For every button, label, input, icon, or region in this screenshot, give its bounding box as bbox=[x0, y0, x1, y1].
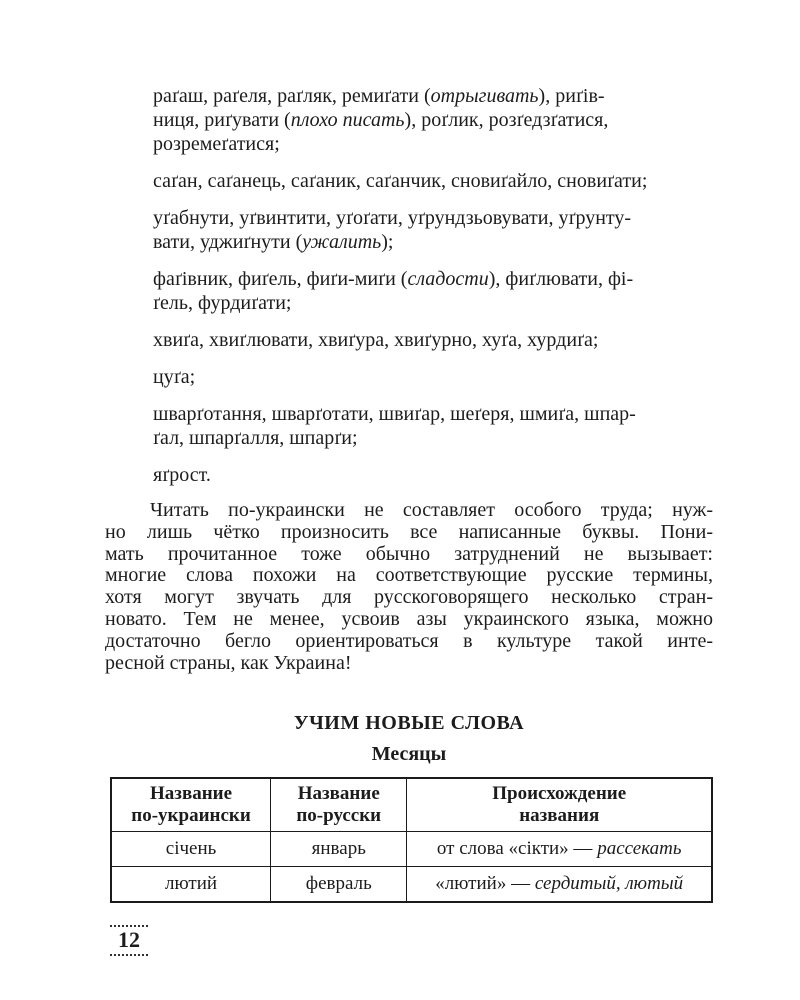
text-run: ґал, шпарґалля, шпарґи; bbox=[153, 427, 358, 449]
text-run: саґан, саґанець, саґаник, саґанчик, снов… bbox=[153, 170, 647, 192]
book-page: раґаш, раґеля, раґляк, ремиґати (отрыгив… bbox=[0, 0, 800, 1000]
prose-line: ресной страны, как Украина! bbox=[105, 653, 713, 675]
prose-line: достаточно бегло ориентироваться в культ… bbox=[105, 631, 713, 653]
table-header-cell: Происхождениеназвания bbox=[407, 778, 712, 832]
table-cell: лютий bbox=[111, 867, 271, 903]
word-group: саґан, саґанець, саґаник, саґанчик, снов… bbox=[153, 169, 715, 193]
text-run: шварґотання, шварґотати, швиґар, шеґеря,… bbox=[153, 403, 636, 425]
word-line: цуґа; bbox=[153, 365, 715, 389]
prose-line: хотя могут звучать для русскоговорящего … bbox=[105, 587, 713, 609]
word-line: ґель, фурдиґати; bbox=[153, 291, 715, 315]
section-heading: УЧИМ НОВЫЕ СЛОВА bbox=[105, 712, 713, 735]
months-table-head: Названиепо-украинскиНазваниепо-русскиПро… bbox=[111, 778, 712, 832]
word-group: раґаш, раґеля, раґляк, ремиґати (отрыгив… bbox=[153, 84, 715, 156]
header-line: Название bbox=[150, 783, 232, 804]
word-line: ґал, шпарґалля, шпарґи; bbox=[153, 426, 715, 450]
italic-term: плохо писать bbox=[291, 109, 405, 131]
italic-term: сладости bbox=[407, 268, 488, 290]
italic-term: рассекать bbox=[597, 838, 681, 859]
text-run: розремеґатися; bbox=[153, 133, 280, 155]
table-header-row: Названиепо-украинскиНазваниепо-русскиПро… bbox=[111, 778, 712, 832]
months-table-body: січеньянварьот слова «сікти» — рассекать… bbox=[111, 832, 712, 903]
text-run: «лютий» — bbox=[435, 873, 535, 894]
text-run: лютий bbox=[165, 873, 217, 894]
word-group: хвиґа, хвиґлювати, хвиґура, хвиґурно, ху… bbox=[153, 328, 715, 352]
text-run: ), риґів- bbox=[539, 85, 605, 107]
word-group: фаґівник, фиґель, фиґи-миґи (сладости), … bbox=[153, 267, 715, 315]
text-run: ); bbox=[381, 231, 393, 253]
prose-line: мать прочитанное тоже обычно затруднений… bbox=[105, 544, 713, 566]
word-line: шварґотання, шварґотати, швиґар, шеґеря,… bbox=[153, 402, 715, 426]
text-run: вати, уджиґнути ( bbox=[153, 231, 302, 253]
word-line: хвиґа, хвиґлювати, хвиґура, хвиґурно, ху… bbox=[153, 328, 715, 352]
table-cell: січень bbox=[111, 832, 271, 867]
text-run: ґель, фурдиґати; bbox=[153, 292, 291, 314]
word-group: яґрост. bbox=[153, 463, 715, 487]
table-cell: «лютий» — сердитый, лютый bbox=[407, 867, 712, 903]
text-run: яґрост. bbox=[153, 464, 211, 486]
months-table: Названиепо-украинскиНазваниепо-русскиПро… bbox=[110, 777, 713, 903]
table-row: січеньянварьот слова «сікти» — рассекать bbox=[111, 832, 712, 867]
word-line: уґабнути, уґвинтити, уґоґати, уґрундзьов… bbox=[153, 206, 715, 230]
word-line: фаґівник, фиґель, фиґи-миґи (сладости), … bbox=[153, 267, 715, 291]
table-header-cell: Названиепо-украински bbox=[111, 778, 271, 832]
header-line: названия bbox=[519, 805, 599, 826]
prose-line: но лишь чётко произносить все написанные… bbox=[105, 522, 713, 544]
word-line: раґаш, раґеля, раґляк, ремиґати (отрыгив… bbox=[153, 84, 715, 108]
text-run: хвиґа, хвиґлювати, хвиґура, хвиґурно, ху… bbox=[153, 329, 598, 351]
word-group: цуґа; bbox=[153, 365, 715, 389]
word-group: уґабнути, уґвинтити, уґоґати, уґрундзьов… bbox=[153, 206, 715, 254]
text-run: ниця, риґувати ( bbox=[153, 109, 291, 131]
text-run: фаґівник, фиґель, фиґи-миґи ( bbox=[153, 268, 407, 290]
table-row: лютийфевраль«лютий» — сердитый, лютый bbox=[111, 867, 712, 903]
text-run: ), роґлик, розґедзґатися, bbox=[405, 109, 609, 131]
prose-line: Читать по-украински не составляет особог… bbox=[105, 500, 713, 522]
word-line: яґрост. bbox=[153, 463, 715, 487]
section-subheading: Месяцы bbox=[105, 743, 713, 766]
table-cell: февраль bbox=[271, 867, 407, 903]
text-run: цуґа; bbox=[153, 366, 195, 388]
italic-term: отрыгивать bbox=[431, 85, 539, 107]
prose-line: новато. Тем не менее, усвоив азы украинс… bbox=[105, 609, 713, 631]
text-run: февраль bbox=[306, 873, 372, 894]
table-cell: от слова «сікти» — рассекать bbox=[407, 832, 712, 867]
word-line: ниця, риґувати (плохо писать), роґлик, р… bbox=[153, 108, 715, 132]
italic-term: ужалить bbox=[302, 231, 381, 253]
table-cell: январь bbox=[271, 832, 407, 867]
text-run: январь bbox=[312, 838, 366, 859]
word-line: розремеґатися; bbox=[153, 132, 715, 156]
page-number: 12 bbox=[110, 925, 148, 956]
header-line: по-украински bbox=[131, 805, 251, 826]
text-run: уґабнути, уґвинтити, уґоґати, уґрундзьов… bbox=[153, 207, 631, 229]
text-run: раґаш, раґеля, раґляк, ремиґати ( bbox=[153, 85, 431, 107]
word-line: саґан, саґанець, саґаник, саґанчик, снов… bbox=[153, 169, 715, 193]
word-list: раґаш, раґеля, раґляк, ремиґати (отрыгив… bbox=[153, 84, 715, 487]
text-run: от слова «сікти» — bbox=[437, 838, 597, 859]
prose-line: многие слова похожи на соответствующие р… bbox=[105, 565, 713, 587]
table-header-cell: Названиепо-русски bbox=[271, 778, 407, 832]
word-group: шварґотання, шварґотати, швиґар, шеґеря,… bbox=[153, 402, 715, 450]
italic-term: сердитый, лютый bbox=[535, 873, 683, 894]
header-line: по-русски bbox=[296, 805, 381, 826]
header-line: Название bbox=[298, 783, 380, 804]
text-run: ), фиґлювати, фі- bbox=[489, 268, 633, 290]
text-run: січень bbox=[166, 838, 217, 859]
header-line: Происхождение bbox=[492, 783, 626, 804]
word-line: вати, уджиґнути (ужалить); bbox=[153, 230, 715, 254]
intro-paragraph: Читать по-украински не составляет особог… bbox=[105, 500, 713, 674]
